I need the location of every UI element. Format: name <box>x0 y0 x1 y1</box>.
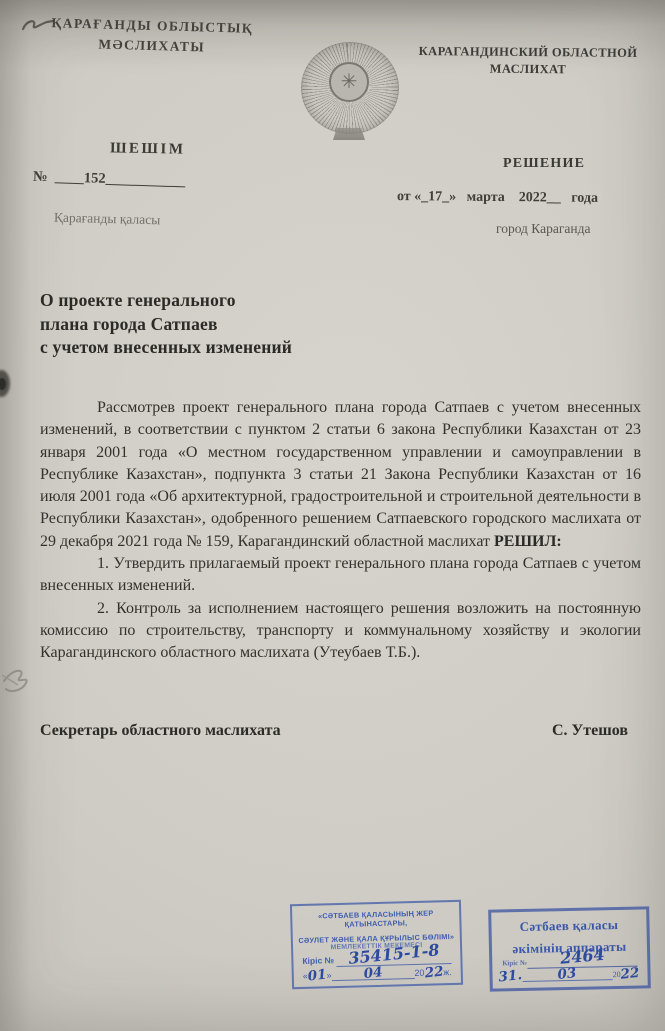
document-number-value: ____152___________ <box>47 169 185 189</box>
handwritten-day: 31. <box>498 969 523 983</box>
document-title: О проекте генерального плана города Сатп… <box>40 289 292 360</box>
organization-name-russian: КАРАГАНДИНСКИЙ ОБЛАСТНОЙ МАСЛИХАТ <box>408 43 648 79</box>
shanyrak-icon: ✳ <box>329 62 369 102</box>
year-suffix: ж. <box>443 967 452 978</box>
month-blank: 04 <box>331 966 414 981</box>
decision-item-2: 2. Контроль за исполнением настоящего ре… <box>40 598 641 665</box>
document-body: Рассмотрев проект генерального плана гор… <box>40 397 641 665</box>
document-date: от «_17_» марта 2022__ года <box>397 189 598 207</box>
handwritten-entry-number: 2464 <box>559 947 605 966</box>
organization-name-russian-line1: КАРАГАНДИНСКИЙ ОБЛАСТНОЙ <box>408 43 648 62</box>
document-type-kazakh: ШЕШІМ <box>110 140 186 158</box>
organization-name-kazakh: ҚАРАҒАНДЫ ОБЛЫСТЫҚ МӘСЛИХАТЫ <box>33 13 270 60</box>
handwritten-month: 03 <box>557 967 577 981</box>
handwritten-day: 01 <box>307 969 327 983</box>
handwritten-year: 22 <box>620 967 640 981</box>
document-type-russian: РЕШЕНИЕ <box>503 156 585 172</box>
place-kazakh: Қарағанды қаласы <box>54 210 161 229</box>
resolved-keyword: РЕШИЛ: <box>494 533 562 550</box>
stamp-date-row: 31. 03 20 22 <box>498 967 639 983</box>
handwritten-month: 04 <box>363 966 383 980</box>
signatory-name: С. Утешов <box>552 722 628 740</box>
document-number: № ____152___________ <box>33 169 186 191</box>
signature-row: Секретарь областного маслихата С. Утешов <box>40 722 628 740</box>
document-number-label: № <box>33 169 48 185</box>
year-prefix: 20 <box>414 968 424 979</box>
place-russian: город Караганда <box>496 221 590 237</box>
document-title-line2: плана города Сатпаев <box>40 313 292 337</box>
kazakhstan-coat-of-arms-icon: ✳ <box>299 42 399 138</box>
stamp-org-line1: Сәтбаев қаласы <box>491 916 646 934</box>
stamp-date-row: « 01 » 04 20 22 ж. <box>303 965 452 982</box>
stamp-org-line1: «СӘТБАЕВ ҚАЛАСЫНЫҢ ЖЕР ҚАТЫНАСТАРЫ, <box>292 908 459 930</box>
signatory-role: Секретарь областного маслихата <box>40 722 281 740</box>
handwritten-year: 22 <box>424 965 444 979</box>
preamble-paragraph: Рассмотрев проект генерального плана гор… <box>40 397 641 553</box>
document-title-line1: О проекте генерального <box>40 289 292 313</box>
emblem-banner <box>333 128 365 140</box>
document-title-line3: с учетом внесенных изменений <box>40 336 292 360</box>
stamp-entry-label: Кіріс № <box>302 955 334 968</box>
registration-stamp-satbayev-department: «СӘТБАЕВ ҚАЛАСЫНЫҢ ЖЕР ҚАТЫНАСТАРЫ, СӘУЛ… <box>290 900 463 989</box>
preamble-text: Рассмотрев проект генерального плана гор… <box>40 399 641 550</box>
month-blank: 03 <box>522 967 613 982</box>
registration-stamp-akim-apparatus: Сәтбаев қаласы әкімінің аппараты Кіріс №… <box>488 906 651 991</box>
scanned-document-page: ҚАРАҒАНДЫ ОБЛЫСТЫҚ МӘСЛИХАТЫ ✳ КАРАГАНДИ… <box>0 0 665 1031</box>
decision-item-1: 1. Утвердить прилагаемый проект генераль… <box>40 553 641 598</box>
organization-name-russian-line2: МАСЛИХАТ <box>408 60 648 79</box>
